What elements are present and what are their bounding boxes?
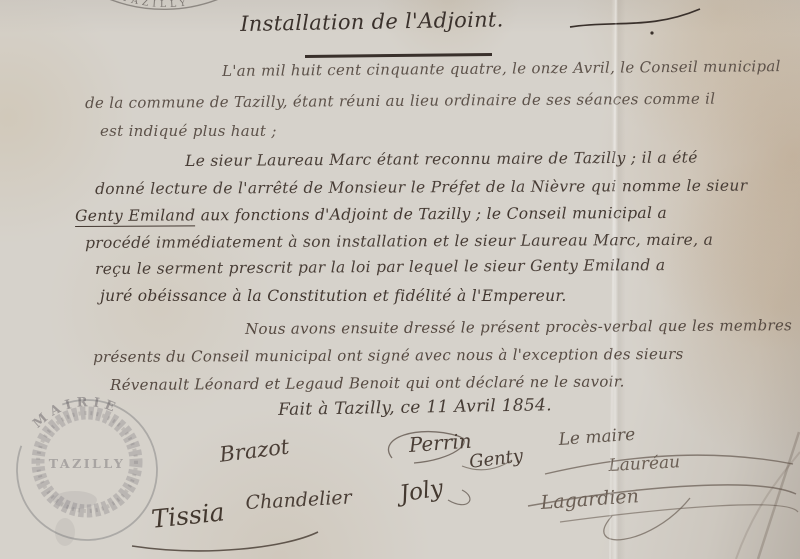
para2-line6: juré obéissance à la Constitution et fid… xyxy=(100,287,567,305)
svg-text:TAZILLY: TAZILLY xyxy=(49,456,126,471)
mairie-stamp-icon: MAIRIE TAZILLY xyxy=(5,382,170,557)
para2-line1: Le sieur Laureau Marc étant reconnu mair… xyxy=(185,148,698,170)
para2-line4: procédé immédiatement à son installation… xyxy=(85,231,713,252)
signature-joly: Joly xyxy=(398,475,445,507)
para3-line1: Nous avons ensuite dressé le présent pro… xyxy=(245,316,792,338)
para3-line2: présents du Conseil municipal ont signé … xyxy=(93,345,684,366)
para1-line2: de la commune de Tazilly, étant réuni au… xyxy=(85,90,715,112)
para2-line3: Genty Emiland aux fonctions d'Adjoint de… xyxy=(75,204,667,225)
title-underline xyxy=(305,53,492,58)
para1-line1: L'an mil huit cent cinquante quatre, le … xyxy=(222,57,781,80)
signature-brazot: Brazot xyxy=(218,434,291,466)
para1-line3: est indiqué plus haut ; xyxy=(100,122,277,140)
signature-chandelier: Chandelier xyxy=(245,486,352,514)
svg-text:TAZILLY: TAZILLY xyxy=(121,0,191,10)
signature-le-maire: Le maire xyxy=(558,425,636,450)
page-title-text: Installation de l'Adjoint xyxy=(240,8,497,36)
page-title-period: . xyxy=(496,7,503,31)
para3-line3: Révenault Léonard et Legaud Benoit qui o… xyxy=(110,372,625,394)
document-photo: Installation de l'Adjoint. L'an mil huit… xyxy=(0,0,800,559)
signature-laureau: Lauréau xyxy=(608,452,681,476)
underlined-name-genty-emiland: Genty Emiland xyxy=(75,206,196,227)
para2-line2: donné lecture de l'arrêté de Monsieur le… xyxy=(95,177,747,198)
dateline: Fait à Tazilly, ce 11 Avril 1854. xyxy=(278,395,552,420)
partial-stamp-top-icon: TAZILLY xyxy=(90,0,240,26)
signature-perrin: Perrin xyxy=(408,429,472,457)
page-title: Installation de l'Adjoint. xyxy=(240,7,504,36)
para2-line3-rest: aux fonctions d'Adjoint de Tazilly ; le … xyxy=(195,204,667,224)
signature-lagardien: Lagardien xyxy=(540,485,640,514)
signature-genty: Genty xyxy=(468,445,524,472)
para2-line5: reçu le serment prescrit par la loi par … xyxy=(95,256,665,278)
